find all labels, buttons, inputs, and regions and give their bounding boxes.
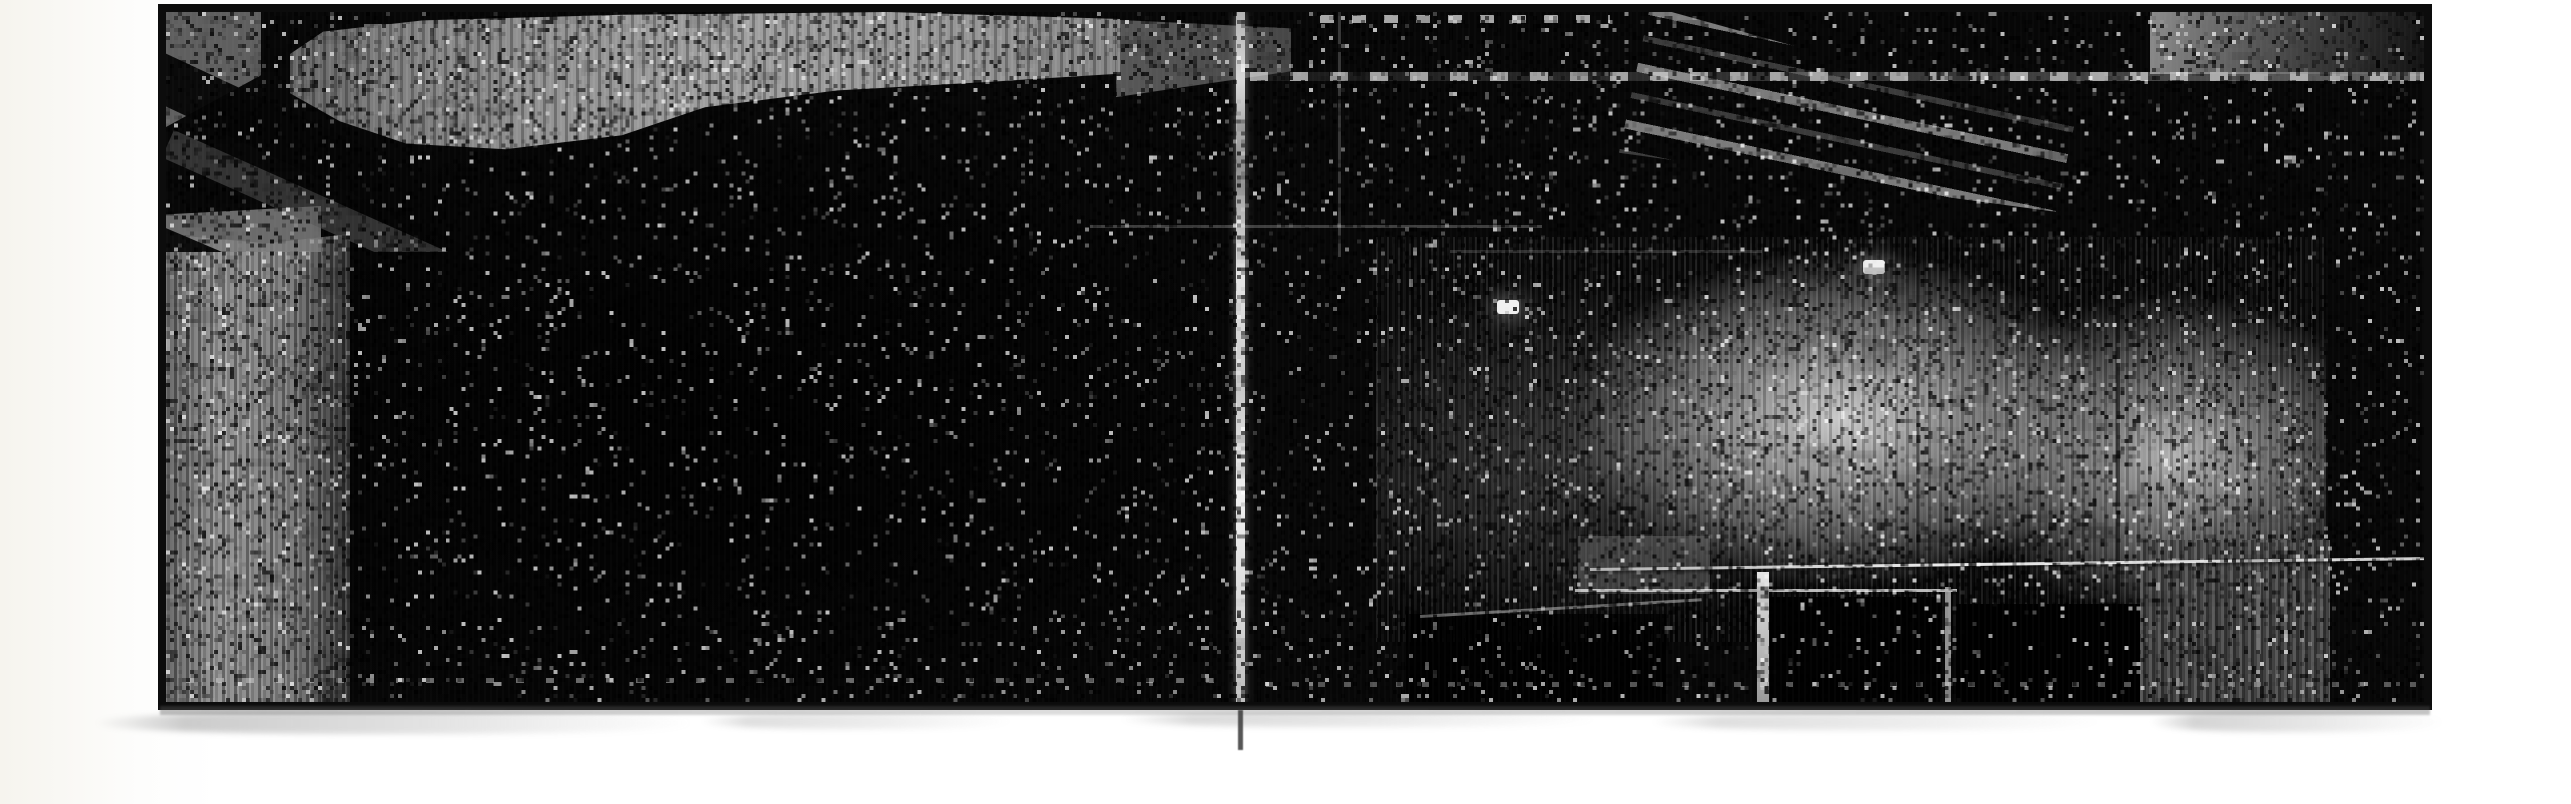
scanline-overlay [166, 12, 2424, 702]
scan-smudge [1650, 714, 2105, 730]
halftone-photo [158, 4, 2432, 710]
page-background [0, 0, 2571, 804]
scan-smudge [700, 714, 1015, 729]
scan-smudge [1120, 712, 1600, 727]
scan-smudge [95, 712, 695, 734]
scan-smudge [2150, 712, 2445, 732]
registration-tick [1238, 710, 1243, 750]
